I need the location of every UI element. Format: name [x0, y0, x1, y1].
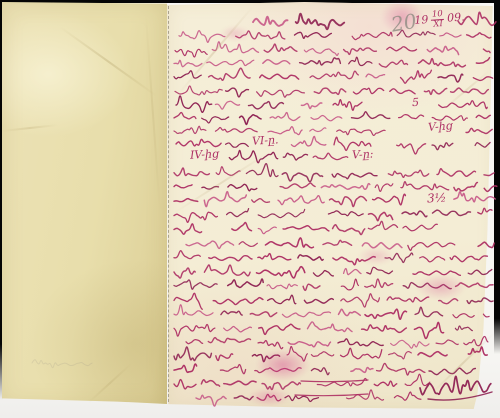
legible-text-fragment: 3½ [427, 192, 447, 205]
letter-written-page [167, 2, 494, 409]
scanner-bed-top-border [0, 0, 500, 3]
legible-text-fragment: IV-ից [190, 148, 220, 161]
scanner-bed-right-border [494, 0, 500, 354]
legible-text-fragment: 5 [412, 97, 420, 108]
letter-scan: 20 19 10 XI 09. 5V-իցVI-ը.IV-իցV-ը:3½ [0, 0, 500, 418]
legible-text-fragment: V-ը: [352, 148, 374, 160]
legible-text-fragment: V-ից [428, 120, 453, 133]
perforation-stitch-line [168, 6, 169, 402]
date-year-suffix: 09. [447, 8, 465, 23]
handwriting-stroke [483, 314, 489, 317]
date-month-roman: XI [433, 20, 443, 30]
legible-text-fragment: VI-ը. [252, 134, 279, 146]
date-day-month-fraction: 10 XI [431, 10, 445, 30]
letter-blank-fold-page [2, 2, 167, 404]
pencil-archive-number: 20 [390, 11, 419, 35]
